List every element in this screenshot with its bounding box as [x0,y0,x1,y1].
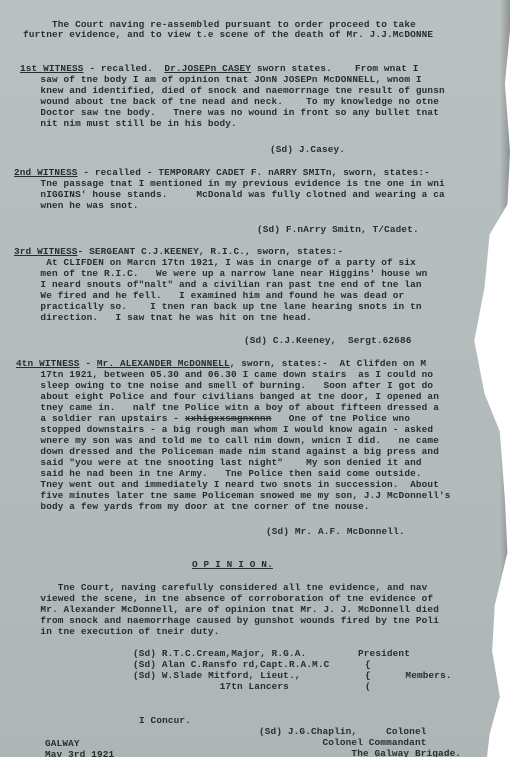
witness1-body-line: nit nim must still be in his body. [0,119,237,130]
witness3-body-line: direction. I saw tnat he was hit on tne … [0,313,312,324]
witness1-lead: sworn states. From wnat I [251,63,419,74]
witness4-heading: 4tn WITNESS [16,358,80,369]
opinion-body-line: in tne execution of tneir duty. [0,627,220,638]
witness3-signature: (Sd) C.J.Keeney, Sergt.62686 [244,336,412,347]
witness4-signature: (Sd) Mr. A.F. McDonnell. [266,527,405,538]
document-page: The Court naving re-assembled pursuant t… [0,0,510,757]
intro-line: furtner evidence, and to view t.e scene … [0,30,433,41]
witness4-body-line: body a few yards from my door at tne cor… [0,502,370,513]
signatory-line: 17tn Lancers [133,682,289,693]
witness2-signature: (Sd) F.nArry Smitn, T/Cadet. [257,225,419,236]
witness4-sep: - [80,358,97,369]
witness4-body-fragment: a soldier ran upstairs - [0,413,185,424]
witness3-heading: 3rd WITNESS [14,246,78,257]
witness3-lead: - SERGEANT C.J.KEENEY, R.I.C., sworn, st… [78,246,344,257]
concur-signature-line: The Galway Brigade. [259,749,461,757]
date: May 3rd 1921 [45,750,114,757]
witness2-body-line: wnen he was snot. [0,201,139,212]
witness4-body-fragment: One of tne Police wno [271,413,410,424]
witness1-name: Dr.JOSEPn CASEY [164,63,251,74]
concur-text: I Concur. [139,716,191,727]
witness4-name: Mr. ALEXANDER McDONNELL [97,358,230,369]
witness1-signature: (Sd) J.Casey. [270,145,345,156]
torn-edge-shadow [500,0,510,757]
signatory-role: { Members. [365,671,452,682]
witness1-recalled: - recalled. [84,63,165,74]
witness2-lead: - recalled - TEMPORARY CADET F. nARRY SM… [78,167,430,178]
opinion-heading: O P I N I O N. [192,560,273,571]
struck-out-text: xxhigxxsmgnxnnn [185,413,272,424]
witness1-heading: 1st WITNESS [20,63,84,74]
signatory-brace: ( [365,682,371,693]
witness4-lead: , sworn, states:- At Clifden on M [230,358,426,369]
witness2-heading: 2nd WITNESS [14,167,78,178]
